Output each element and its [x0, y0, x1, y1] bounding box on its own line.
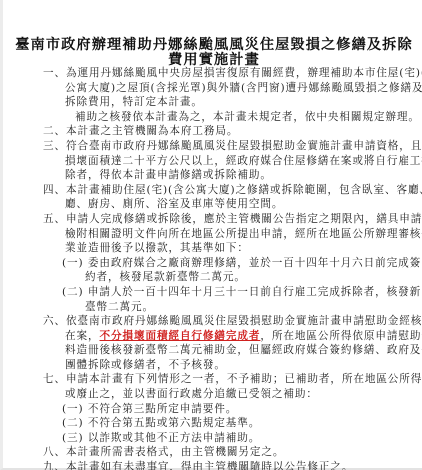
clause-9: 九、本計畫如有未盡事宜，得由主管機關隨時以公告修正之。	[3, 460, 422, 470]
clause-6-line-2-post: ，所在地區公所得依原申請慰助金資	[260, 330, 422, 342]
clause-1-line-1: 一、為運用丹娜絲颱風中央房屋損害復原有關經費，辦理補助本市住屋(宅)(含	[3, 66, 422, 81]
clause-5-line-2: 檢附相關證明文件向所在地區公所提出申請，經所在地區公所辦理審核作	[3, 227, 422, 242]
clause-4-line-2: 廳、廚房、廁所、浴室及車庫等使用空間。	[3, 197, 422, 212]
clause-6-line-2-pre: 在案，	[65, 330, 99, 342]
highlighted-condition: 不分損壞面積經自行修繕完成者	[99, 330, 260, 342]
clause-6-line-2: 在案，不分損壞面積經自行修繕完成者，所在地區公所得依原申請慰助金資	[3, 329, 422, 344]
document-body: 一、為運用丹娜絲颱風中央房屋損害復原有關經費，辦理補助本市住屋(宅)(含 公寓大…	[3, 66, 422, 470]
clause-1-line-3: 拆除費用，特訂定本計畫。	[3, 95, 422, 110]
clause-2: 二、本計畫之主管機關為本府工務局。	[3, 124, 422, 139]
clause-7-sub-2: (二) 不符合第五點或第六點規定基準。	[3, 416, 422, 431]
clause-5-sub-2-line-2: 臺幣二萬元。	[3, 300, 422, 315]
clause-7-line-2: 或廢止之，並以書面行政處分追繳已受領之補助：	[3, 387, 422, 402]
clause-1-note: 補助之核發依本計畫為之，本計畫未規定者，依中央相關規定辦理。	[3, 110, 422, 125]
clause-3-line-1: 三、符合臺南市政府丹娜絲颱風風災住屋毀損慰助金實施計畫申請資格，且住屋	[3, 139, 422, 154]
clause-7-sub-1: (一) 不符合第三點所定申請要件。	[3, 402, 422, 417]
clause-5-sub-1-line-1: (一) 委由政府媒合之廠商辦理修繕，並於一百十四年十月六日前完成簽	[3, 256, 422, 271]
clause-3-line-2: 損壞面積達二十平方公尺以上，經政府媒合住屋修繕在案或將自行雇工拆	[3, 154, 422, 169]
clause-5-line-3: 業並造冊後予以撥款，其基準如下：	[3, 241, 422, 256]
clause-3-line-3: 除者，得依本計畫申請修繕或拆除補助。	[3, 168, 422, 183]
clause-1-line-2: 公寓大廈)之屋頂(含採光罩)與外牆(含門窗)遭丹娜絲颱風毀損之修繕及	[3, 81, 422, 96]
clause-6-line-4: 團體拆除或修繕者，不予核發。	[3, 358, 422, 373]
clause-4-line-1: 四、本計畫補助住屋(宅)(含公寓大廈)之修繕或拆除範圍，包含臥室、客廳、飯	[3, 183, 422, 198]
clause-6-line-1: 六、依臺南市政府丹娜絲颱風風災住屋毀損慰助金實施計畫申請慰助金經核准	[3, 314, 422, 329]
clause-5-sub-1-line-2: 約者，核發尾款新臺幣二萬元。	[3, 270, 422, 285]
clause-8: 八、本計畫所需書表格式，由主管機關另定之。	[3, 445, 422, 460]
clause-6-line-3: 料造冊後核發新臺幣二萬元補助金，但屬經政府媒合簽約修繕、政府及公益	[3, 343, 422, 358]
clause-5-line-1: 五、申請人完成修繕或拆除後，應於主管機關公告指定之期限內，繕具申請書並	[3, 212, 422, 227]
clause-7-sub-3: (三) 以詐欺或其他不正方法申請補助。	[3, 431, 422, 446]
clause-7-line-1: 七、申請本計畫有下列情形之一者，不予補助；已補助者，所在地區公所得撤銷	[3, 372, 422, 387]
clause-5-sub-2-line-1: (二) 申請人於一百十四年十月三十一日前自行雇工完成拆除者，核發新	[3, 285, 422, 300]
document-page: 臺南市政府辦理補助丹娜絲颱風風災住屋毀損之修繕及拆除 費用實施計畫 一、為運用丹…	[0, 0, 422, 470]
